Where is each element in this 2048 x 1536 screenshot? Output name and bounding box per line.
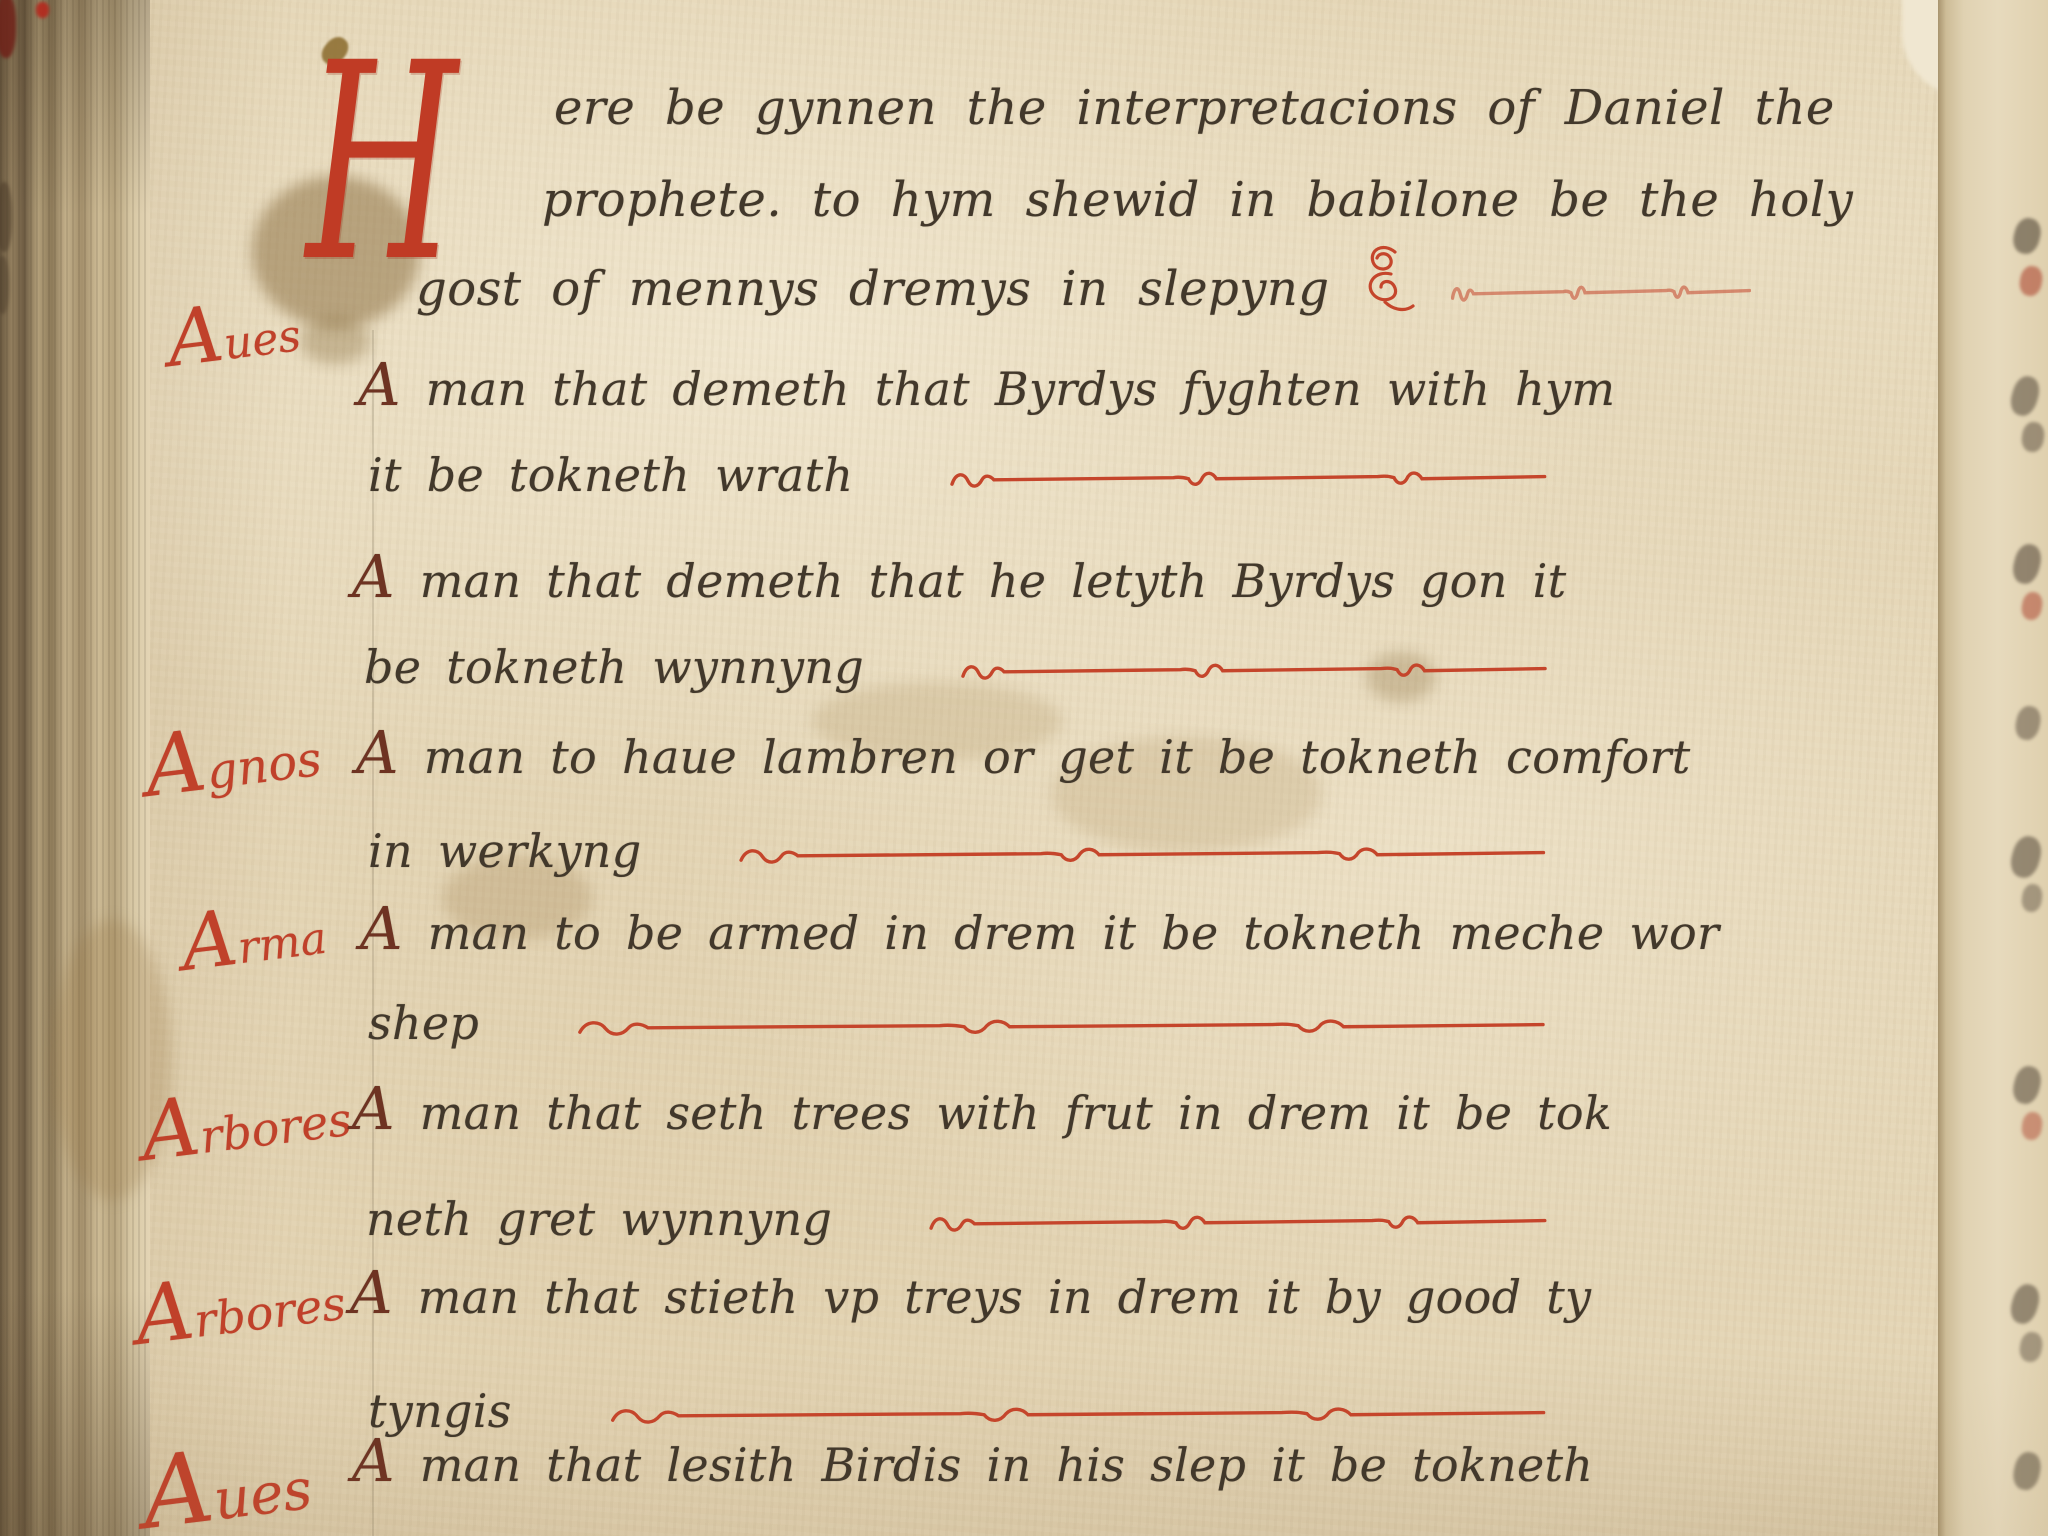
- heading-line: ere be gynnen the interpretacions of Dan…: [554, 80, 1835, 136]
- entry-line: in werkyng: [368, 824, 641, 878]
- rubric-line-filler-icon: [949, 469, 1548, 495]
- rubric-line-filler-icon: [575, 1017, 1548, 1043]
- entry-line: A man that demeth that he letyth Byrdys …: [352, 554, 1566, 608]
- margin-rubric: Arma: [179, 905, 330, 981]
- margin-rubric: Aues: [139, 1446, 316, 1536]
- margin-rubric: Arbores: [132, 1267, 348, 1355]
- rubric-line-filler-icon: [608, 1405, 1548, 1431]
- entry-line: A man that stieth vp treys in drem it by…: [350, 1270, 1591, 1324]
- entry-line: it be tokneth wrath: [368, 448, 853, 502]
- margin-rubric: Aues: [165, 302, 304, 377]
- margin-rubric: Arbores: [138, 1083, 354, 1171]
- entry-line: A man that demeth that Byrdys fyghten wi…: [358, 362, 1615, 416]
- rubric-line-filler-icon: [737, 845, 1548, 871]
- entry-line: neth gret wynnyng: [366, 1192, 832, 1246]
- entry-line: A man to haue lambren or get it be tokne…: [356, 730, 1691, 784]
- rubric-line-filler-icon: [960, 661, 1548, 687]
- entry-line: A man to be armed in drem it be tokneth …: [360, 906, 1719, 960]
- red-dot-mark: [36, 2, 49, 18]
- entry-line: A man that seth trees with frut in drem …: [352, 1086, 1612, 1140]
- entry-line: shep: [368, 996, 479, 1050]
- etc-curl-flourish-icon: [1355, 240, 1425, 320]
- rubric-line-filler-icon: [1451, 283, 1751, 309]
- heading-line: gost of mennys dremys in slepyng: [416, 261, 1329, 317]
- entry-line: be tokneth wynnyng: [364, 640, 864, 694]
- entry-line: A man that lesith Birdis in his slep it …: [352, 1438, 1593, 1492]
- margin-rubric: Agnos: [142, 721, 325, 808]
- rubric-line-filler-icon: [928, 1213, 1548, 1239]
- book-binding-edge: [0, 0, 150, 1536]
- manuscript-page: H ere be gynnen the interpretacions of D…: [0, 0, 2048, 1536]
- heading-line: prophete. to hym shewid in babilone be t…: [542, 172, 1853, 228]
